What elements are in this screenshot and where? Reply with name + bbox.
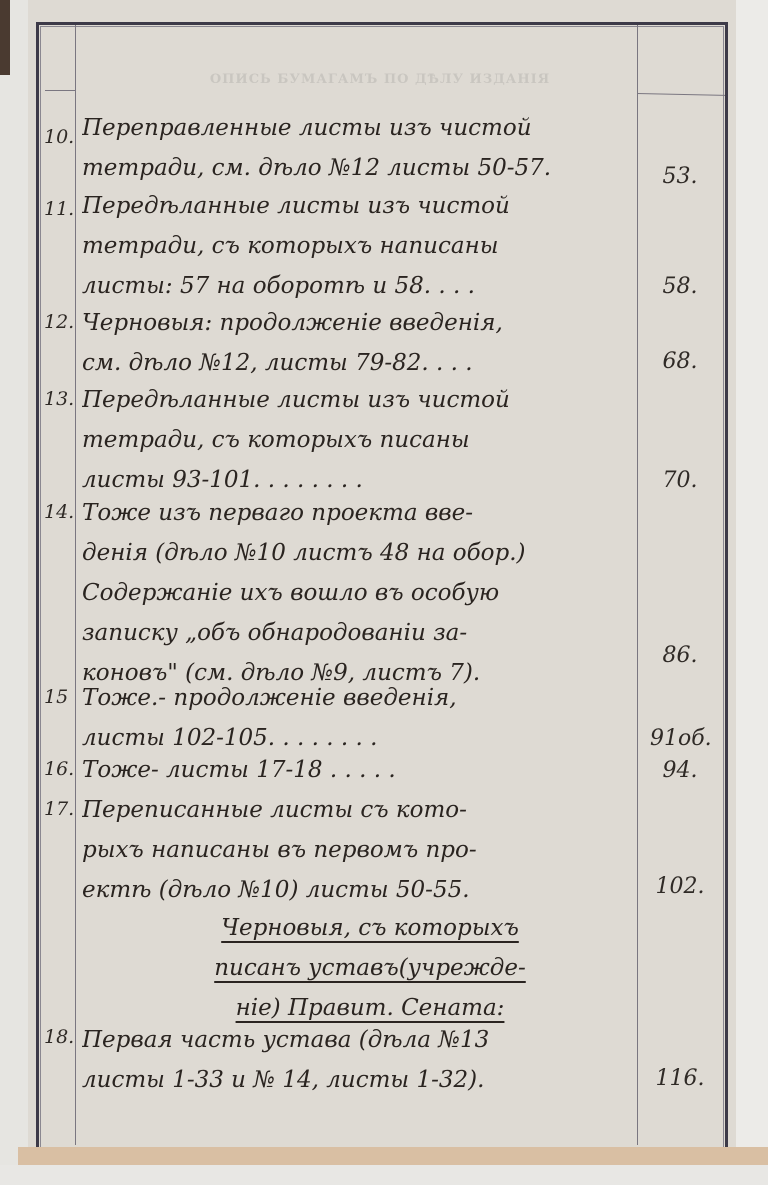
bleed-through-header: ОПИСЬ БУМАГАМЪ ПО ДѢЛУ ИЗДАНІЯ (160, 72, 600, 87)
page-number: 102. (650, 874, 710, 899)
entry-number: 17. (44, 798, 76, 820)
tape-strip (18, 1147, 768, 1167)
background-edge (0, 0, 10, 75)
header-rule-left (45, 90, 75, 91)
page-number: 94. (650, 758, 710, 783)
page-number: 86. (650, 643, 710, 668)
entry-number: 11. (44, 198, 76, 220)
number-column-rule (75, 25, 76, 1145)
entry-text: Передѣланные листы изъ чистой тетради, с… (82, 380, 638, 500)
entry-text: Перепрaвленные листы изъ чистой тетради,… (82, 108, 638, 188)
entry-text: Первая часть устава (дѣла №13 листы 1-33… (82, 1020, 638, 1100)
background-strip (736, 0, 768, 1185)
entry-number: 15 (44, 686, 76, 708)
entry-number: 18. (44, 1026, 76, 1048)
entry-text: Передѣланные листы изъ чистой тетради, с… (82, 186, 638, 306)
section-heading: Черновыя, съ которыхъ писанъ уставъ(учре… (190, 908, 550, 1028)
entry-number: 12. (44, 311, 76, 333)
page-number: 70. (650, 468, 710, 493)
page-number: 53. (650, 164, 710, 189)
page-number: 91об. (650, 726, 710, 751)
page-number: 116. (650, 1066, 710, 1091)
entry-text: Переписанные листы съ кото- рыхъ написан… (82, 790, 638, 910)
entry-text: Черновыя: продолженіе введенія, см. дѣло… (82, 303, 638, 383)
page-number: 58. (650, 274, 710, 299)
entry-number: 13. (44, 388, 76, 410)
entry-text: Тоже.- продолженіе введенія, листы 102-1… (82, 678, 638, 758)
entry-text: Тоже- листы 17-18 . . . . . (82, 750, 638, 790)
entry-text: Тоже изъ перваго проекта вве- денія (дѣл… (82, 493, 638, 693)
page-number: 68. (650, 349, 710, 374)
background-bottom (0, 1165, 768, 1185)
entry-number: 10. (44, 126, 76, 148)
entry-number: 14. (44, 501, 76, 523)
entry-number: 16. (44, 758, 76, 780)
